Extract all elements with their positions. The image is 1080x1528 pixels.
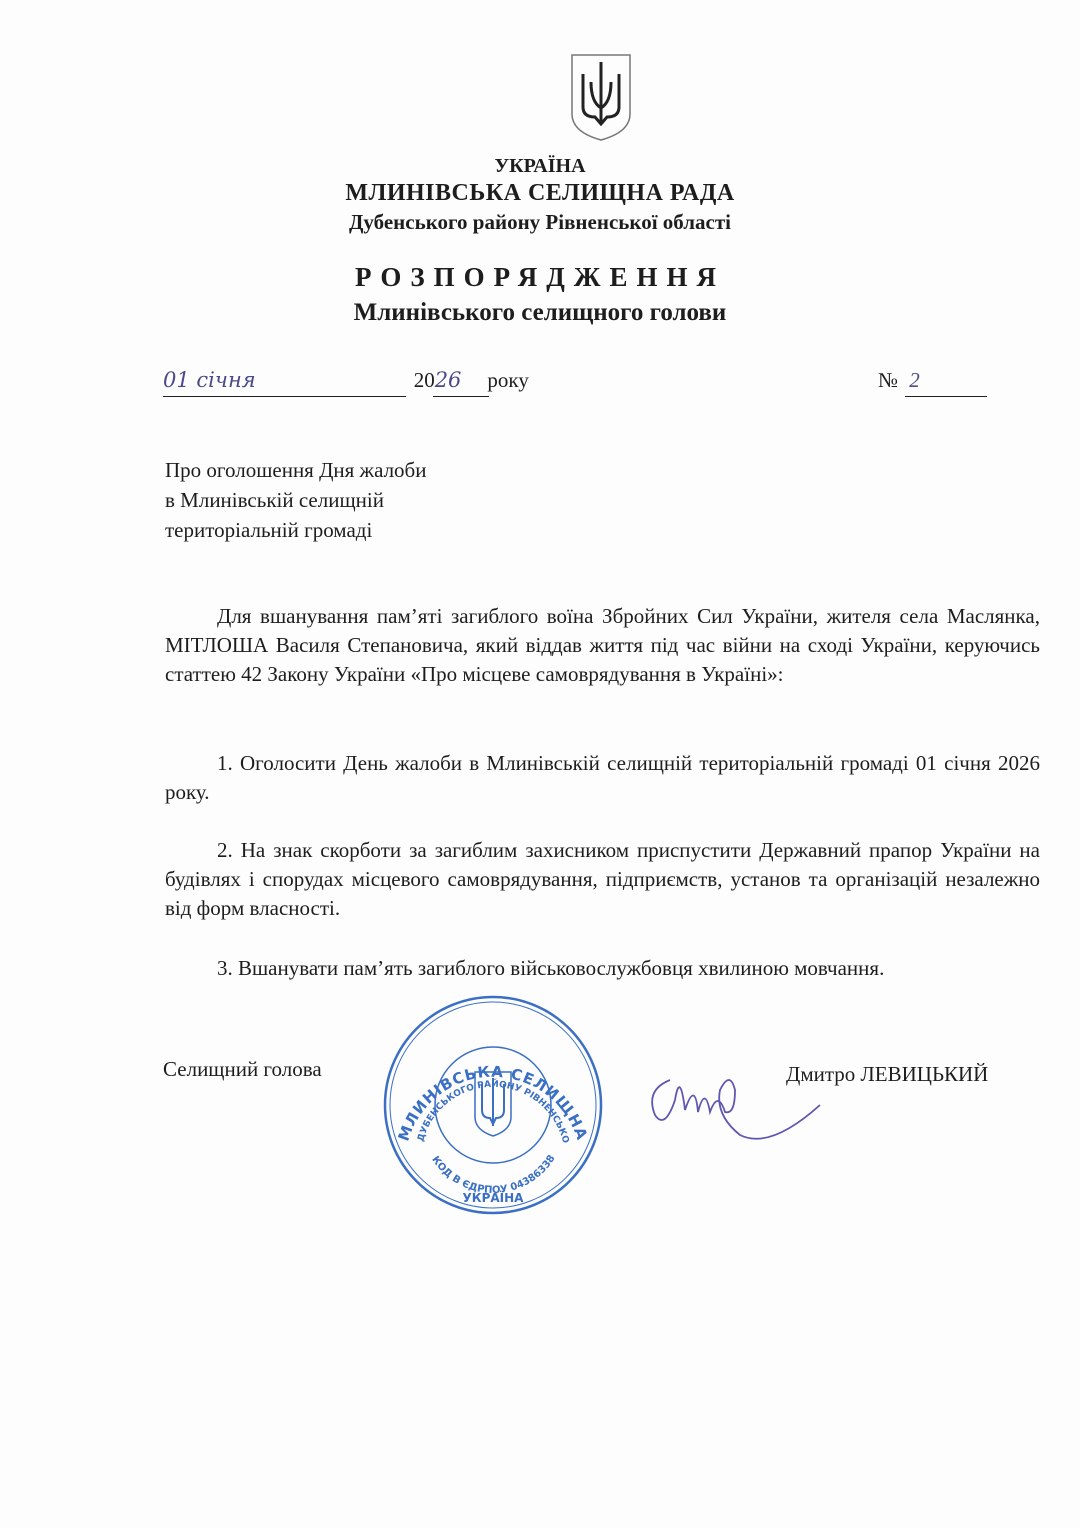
year-handwritten: 26 [435, 368, 462, 392]
header-council: МЛИНІВСЬКА СЕЛИЩНА РАДА [0, 180, 1080, 207]
item-1: 1. Оголосити День жалоби в Млинівській с… [165, 749, 1040, 807]
date-underline [163, 396, 406, 397]
subject-line: територіальній громаді [165, 515, 426, 545]
year-prefix: 20 [414, 368, 435, 392]
coat-of-arms-icon [569, 52, 633, 142]
preamble: Для вшанування пам’яті загиблого воїна З… [165, 602, 1040, 689]
date-handwritten: 01 січня [163, 368, 256, 392]
number-handwritten: 2 [909, 368, 920, 392]
signature-title: Селищний голова [163, 1057, 322, 1082]
number-label: № [878, 368, 898, 392]
signatory-name: Дмитро ЛЕВИЦЬКИЙ [786, 1062, 988, 1087]
svg-text:КОД В ЄДРПОУ 04386338: КОД В ЄДРПОУ 04386338 [429, 1153, 557, 1196]
item-2: 2. На знак скорботи за загиблим захисник… [165, 836, 1040, 923]
item-3: 3. Вшанувати пам’ять загиблого військово… [165, 954, 1040, 983]
header-country: УКРАЇНА [0, 155, 1080, 178]
subject-block: Про оголошення Дня жалоби в Млинівській … [165, 455, 426, 545]
document-issuer: Млинівського селищного голови [0, 299, 1080, 327]
document-type: РОЗПОРЯДЖЕННЯ [0, 262, 1080, 293]
subject-line: Про оголошення Дня жалоби [165, 455, 426, 485]
stamp-bottom-text: УКРАЇНА [463, 1190, 525, 1205]
handwritten-signature [640, 1040, 840, 1160]
subject-line: в Млинівській селищній [165, 485, 426, 515]
official-stamp: МЛИНІВСЬКА СЕЛИЩНА РАДА ДУБЕНСЬКОГО РАЙО… [378, 992, 608, 1218]
number-underline [905, 396, 987, 397]
year-suffix: року [487, 368, 528, 392]
date-line: 01 січня2026року [163, 368, 529, 393]
header-district: Дубенського району Рівненської області [0, 210, 1080, 235]
stamp-code-text: КОД В ЄДРПОУ 04386338 [429, 1153, 557, 1196]
number-line: № 2 [878, 368, 920, 393]
year-underline [433, 396, 489, 397]
